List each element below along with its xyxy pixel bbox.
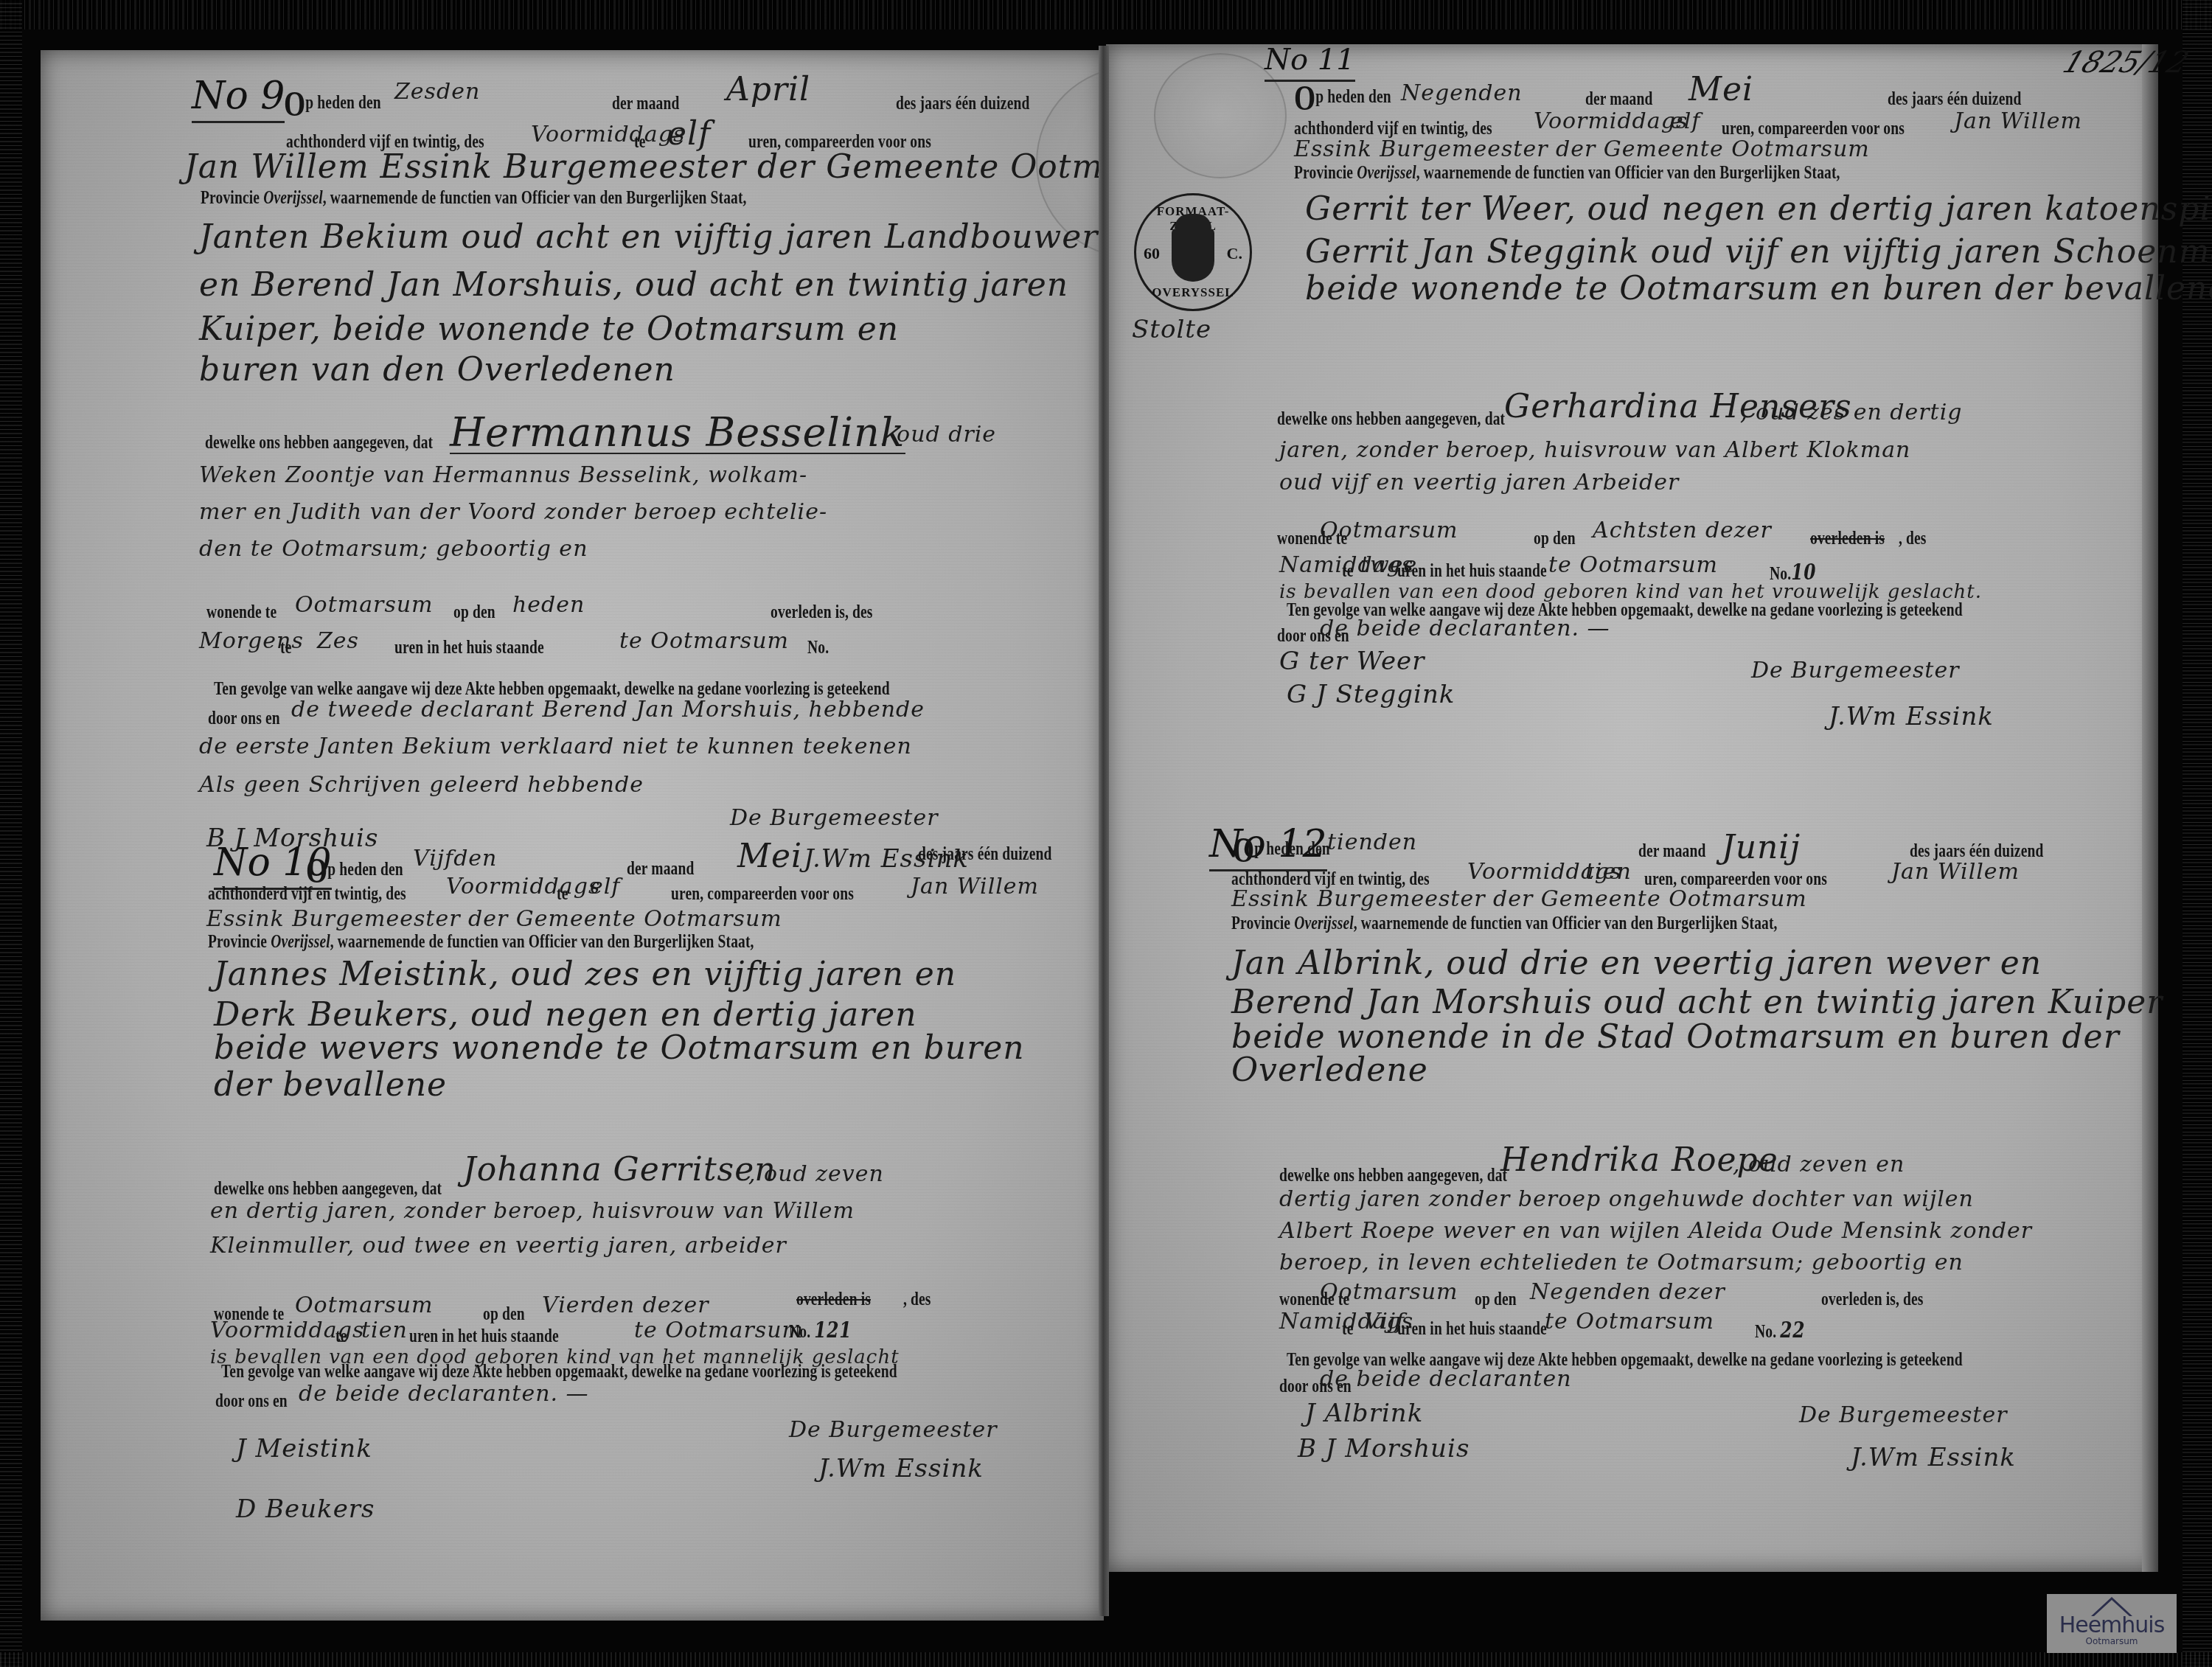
label-wonende-te: wonende te [206, 603, 276, 622]
label-des-jaars: des jaars één duizend [1910, 842, 2043, 860]
label-uren-compareerden: uren, compareerden voor ons [671, 885, 854, 903]
field-house-location: te Ootmarsum [1545, 1311, 1714, 1333]
signed-by-line-1: de beide declaranten. — [1320, 618, 1610, 640]
label-de-burgemeester: De Burgemeester [1751, 660, 1960, 682]
label-overleden: overleden is [771, 602, 845, 622]
label-op-heden: p heden den [1254, 839, 1330, 859]
label-de-burgemeester: De Burgemeester [789, 1419, 998, 1441]
label-uren-in-het-huis: uren in het huis staande [409, 1327, 559, 1346]
field-residence: Ootmarsum [295, 594, 434, 616]
field-official: Essink Burgemeester der Gemeente Ootmars… [206, 908, 782, 930]
field-hour: tien [1585, 861, 1632, 883]
label-op-heden: p heden den [1315, 87, 1391, 107]
label-des-jaars: des jaars één duizend [1888, 90, 2021, 108]
label-uren-in-het-huis: uren in het huis staande [394, 638, 544, 657]
logo-name: Heemhuis [2059, 1615, 2165, 1637]
label-dewelke: dewelke ons hebben aangegeven, dat [1279, 1166, 1507, 1185]
label-overleden-is-struck: overleden is [796, 1290, 871, 1309]
field-death-date: heden [512, 594, 585, 616]
deceased-line-2: Kleinmuller, oud twee en veertig jaren, … [210, 1235, 787, 1257]
label-waarnemende: , waarnemende de functien van Officier v… [323, 188, 747, 208]
field-day: Vijfden [413, 848, 497, 870]
label-overleden: overleden is [1821, 1290, 1896, 1309]
declarant-line-3: beide wonende in de Stad Ootmarsum en bu… [1231, 1021, 2120, 1054]
field-deceased-name: Johanna Gerritsen [463, 1154, 776, 1186]
field-official: Essink Burgemeester der Gemeente Ootmars… [1294, 139, 1870, 161]
field-month: Mei [1688, 74, 1753, 106]
label-te-2: te [280, 638, 291, 657]
declarant-line-3: beide wevers wonende te Ootmarsum en bur… [214, 1032, 1025, 1065]
field-time-of-day: Voormiddags [1534, 111, 1688, 133]
form-line-1: Op heden den [1294, 81, 1391, 116]
scan-border-left [0, 0, 22, 1667]
signed-by-line-2: de eerste Janten Bekium verklaard niet t… [199, 736, 912, 758]
field-time-of-day: Voormiddags [531, 124, 685, 146]
label-op-den: op den [483, 1305, 525, 1323]
signature-declarant-2: D Beukers [236, 1497, 375, 1522]
extra-line: is bevallen van een dood geboren kind va… [1279, 582, 1982, 602]
label-achthonderd: achthonderd vijf en twintig, des [1294, 119, 1492, 138]
field-month: Mei [737, 841, 802, 873]
label-waarnemende: , waarnemende de functien van Officier v… [330, 932, 754, 952]
label-des: , des [845, 602, 873, 622]
label-door-ons-en: door ons en [208, 709, 280, 728]
label-provincie-word: Provincie [1294, 163, 1353, 183]
deceased-line-2: Albert Roepe wever en van wijlen Aleida … [1279, 1220, 2032, 1242]
signature-mayor: J.Wm Essink [818, 1456, 984, 1481]
label-des-jaars: des jaars één duizend [918, 845, 1051, 863]
stamp-value-unit: C. [1227, 244, 1242, 263]
declarant-line-1: Jan Albrink, oud drie en veertig jaren w… [1231, 947, 2042, 980]
field-official-a: Jan Willem [1891, 861, 2020, 883]
signed-by-line-1: de beide declaranten [1320, 1368, 1571, 1391]
field-day: tienden [1327, 832, 1417, 854]
stamp-value-amount: 60 [1144, 244, 1160, 263]
label-te-2: te [1342, 1320, 1353, 1338]
field-house-location: te Ootmarsum [619, 630, 789, 652]
declarant-line-1: Gerrit ter Weer, oud negen en dertig jar… [1305, 193, 2212, 226]
label-ten-gevolge: Ten gevolge van welke aangave wij deze A… [221, 1363, 897, 1381]
label-dewelke: dewelke ons hebben aangegeven, dat [214, 1180, 442, 1198]
label-ten-gevolge: Ten gevolge van welke aangave wij deze A… [214, 680, 890, 698]
deceased-line-0: , oud zeven en [1733, 1154, 1905, 1176]
declarant-line-4: der bevallene [214, 1069, 447, 1102]
field-hour: elf [590, 876, 620, 898]
scan-border-bottom [0, 1652, 2212, 1667]
declarant-line-2: Derk Beukers, oud negen en dertig jaren [214, 999, 917, 1031]
declarant-line-3: beide wonende te Ootmarsum en buren der … [1305, 273, 2212, 305]
signature-declarant-2: B J Morshuis [1298, 1436, 1470, 1461]
field-residence: Ootmarsum [295, 1295, 434, 1317]
logo-subtitle: Ootmarsum [2085, 1637, 2138, 1646]
declarant-line-2: Berend Jan Morshuis oud acht en twintig … [1231, 986, 2163, 1019]
deceased-line-1: en dertig jaren, zonder beroep, huisvrou… [210, 1200, 855, 1222]
label-overleden-is: overleden is, des [1821, 1290, 1924, 1309]
field-official-a: Jan Willem [1954, 111, 2082, 133]
label-achthonderd: achthonderd vijf en twintig, des [208, 885, 406, 903]
deceased-line-3: den te Ootmarsum; geboortig en [199, 538, 588, 560]
label-der-maand: der maand [1638, 842, 1706, 860]
field-residence: Ootmarsum [1320, 520, 1458, 542]
declarant-line-3: Kuiper, beide wonende te Ootmarsum en [199, 313, 899, 346]
label-te-2: te [335, 1327, 347, 1346]
page-reference-note: 1825/12 [2059, 46, 2194, 80]
label-no-text: No. [1755, 1322, 1776, 1342]
field-day: Zesden [394, 81, 480, 103]
label-overleden-is: overleden is, des [771, 603, 873, 622]
scan-border-top [0, 0, 2212, 29]
label-provincie: Provincie Overijssel, waarnemende de fun… [1231, 914, 1778, 933]
deceased-line-2: oud vijf en veertig jaren Arbeider [1279, 472, 1679, 494]
signature-declarant-1: J Meistink [236, 1436, 372, 1461]
label-te: te [557, 885, 568, 903]
label-provincie-word: Provincie [201, 188, 260, 208]
label-des-jaars: des jaars één duizend [896, 94, 1029, 113]
label-provincie: Provincie Overijssel, waarnemende de fun… [1294, 164, 1840, 182]
field-hour: elf [1670, 111, 1700, 133]
stamp-signature: Stolte [1132, 317, 1211, 342]
provincie-name: Overijssel [1294, 913, 1354, 933]
deceased-line-0: , oud zes en dertig [1740, 402, 1962, 424]
label-door-ons-en: door ons en [215, 1392, 288, 1410]
signature-mayor: J.Wm Essink [1829, 704, 1994, 729]
label-op-den: op den [453, 603, 495, 622]
act-number: No 9 [192, 74, 285, 123]
label-der-maand: der maand [1585, 90, 1653, 108]
house-roof-icon [2091, 1597, 2132, 1616]
signature-declarant-1: G ter Weer [1279, 649, 1425, 674]
form-line-1: Op heden den [284, 87, 381, 122]
form-line-1: Op heden den [1233, 833, 1330, 869]
initial-o: O [1294, 79, 1315, 118]
provincie-name: Overijssel [271, 932, 330, 952]
deceased-line-0: , oud zeven [748, 1163, 884, 1186]
field-deceased-name: Hermannus Besselink [450, 413, 905, 454]
label-overleden-is-struck: overleden is [1810, 529, 1885, 548]
field-official-a: Jan Willem [911, 876, 1039, 898]
label-de-burgemeester: De Burgemeester [1799, 1405, 2008, 1427]
signature-declarant-2: G J Steggink [1287, 682, 1455, 707]
label-provincie: Provincie Overijssel, waarnemende de fun… [208, 933, 754, 951]
initial-o: O [1233, 831, 1254, 870]
field-house-location: te Ootmarsum [1548, 554, 1718, 577]
label-des: , des [1896, 1290, 1924, 1309]
label-no: No. [807, 638, 829, 657]
field-time-of-day: Voormiddags [446, 876, 600, 898]
label-provincie: Provincie Overijssel, waarnemende de fun… [201, 189, 747, 207]
deceased-line-1: dertig jaren zonder beroep ongehuwde doc… [1279, 1189, 1974, 1211]
field-house-location: te Ootmarsum [634, 1320, 804, 1342]
field-death-date: Achtsten dezer [1593, 520, 1772, 542]
label-der-maand: der maand [627, 860, 695, 878]
label-no: No. 121 [789, 1320, 852, 1342]
label-dewelke: dewelke ons hebben aangegeven, dat [205, 434, 433, 452]
field-residence: Ootmarsum [1320, 1281, 1458, 1304]
heemhuis-logo: Heemhuis Ootmarsum [2047, 1594, 2177, 1653]
field-official: Essink Burgemeester der Gemeente Ootmars… [1231, 888, 1807, 911]
crown-lion-crest-icon [1172, 229, 1214, 282]
label-de-burgemeester: De Burgemeester [730, 807, 939, 829]
label-op-heden: p heden den [305, 93, 381, 113]
label-dewelke: dewelke ons hebben aangegeven, dat [1277, 410, 1505, 428]
field-month: Junij [1722, 832, 1801, 864]
stamp-bottom-text: OVERYSSEL [1136, 285, 1250, 300]
label-waarnemende: , waarnemende de functien van Officier v… [1354, 913, 1778, 933]
field-month: April [726, 74, 810, 106]
signature-declarant-1: J Albrink [1305, 1401, 1423, 1426]
field-official: Jan Willem Essink Burgemeester der Gemee… [184, 151, 1210, 184]
tax-stamp: FORMAAT-ZEGEL 60 C. OVERYSSEL [1134, 193, 1252, 311]
declarant-line-1: Jannes Meistink, oud zes en vijftig jare… [214, 958, 956, 991]
declarant-line-2: Gerrit Jan Steggink oud vijf en vijftig … [1305, 236, 2212, 268]
label-provincie-word: Provincie [208, 932, 267, 952]
deceased-line-3: beroep, in leven echtelieden te Ootmarsu… [1279, 1252, 1964, 1274]
provincie-name: Overijssel [1357, 163, 1416, 183]
declarant-line-4: Overledene [1231, 1054, 1428, 1087]
signed-by-line-1: de tweede declarant Berend Jan Morshuis,… [291, 699, 925, 721]
label-op-den: op den [1534, 529, 1576, 548]
label-des: , des [1899, 529, 1927, 548]
field-death-date: Vierden dezer [542, 1295, 709, 1317]
label-des: , des [903, 1290, 931, 1309]
label-uren-compareerden: uren, compareerden voor ons [1722, 119, 1905, 138]
declarant-line-1: Janten Bekium oud acht en vijftig jaren … [199, 221, 1098, 254]
signature-mayor: J.Wm Essink [1851, 1445, 2016, 1470]
label-no: No. 22 [1755, 1320, 1805, 1342]
deceased-line-2: mer en Judith van der Voord zonder beroe… [199, 501, 827, 523]
field-death-hour: tien [361, 1320, 408, 1342]
declarant-line-4: buren van den Overledenen [199, 354, 675, 386]
label-der-maand: der maand [612, 94, 680, 113]
label-te-2: te [1342, 562, 1353, 580]
declarant-line-2: en Berend Jan Morshuis, oud acht en twin… [199, 269, 1068, 302]
initial-o: O [284, 85, 305, 124]
field-house-no: 121 [814, 1318, 852, 1343]
field-hour: elf [667, 118, 711, 150]
act-number: No 11 [1265, 43, 1355, 82]
label-op-den: op den [1475, 1290, 1517, 1309]
label-op-heden: p heden den [327, 860, 403, 880]
signed-by-line-1: de beide declaranten. — [299, 1383, 589, 1405]
signed-by-line-3: Als geen Schrijven geleerd hebbende [199, 774, 644, 796]
label-no-text: No. [789, 1322, 810, 1342]
deceased-line-1: Weken Zoontje van Hermannus Besselink, w… [199, 464, 807, 487]
provincie-name: Overijssel [263, 188, 323, 208]
field-house-no: 22 [1780, 1318, 1805, 1343]
book-spine [1099, 46, 1109, 1616]
deceased-line-1: jaren, zonder beroep, huisvrouw van Albe… [1279, 439, 1910, 462]
field-day: Negenden [1401, 83, 1523, 105]
field-death-date: Negenden dezer [1530, 1281, 1725, 1304]
label-provincie-word: Provincie [1231, 913, 1290, 933]
label-waarnemende: , waarnemende de functien van Officier v… [1416, 163, 1840, 183]
label-uren-in-het-huis: uren in het huis staande [1397, 1320, 1547, 1338]
deceased-line-0: , oud drie [881, 424, 996, 446]
field-death-hour: Zes [317, 630, 359, 652]
label-uren-in-het-huis: uren in het huis staande [1397, 562, 1547, 580]
